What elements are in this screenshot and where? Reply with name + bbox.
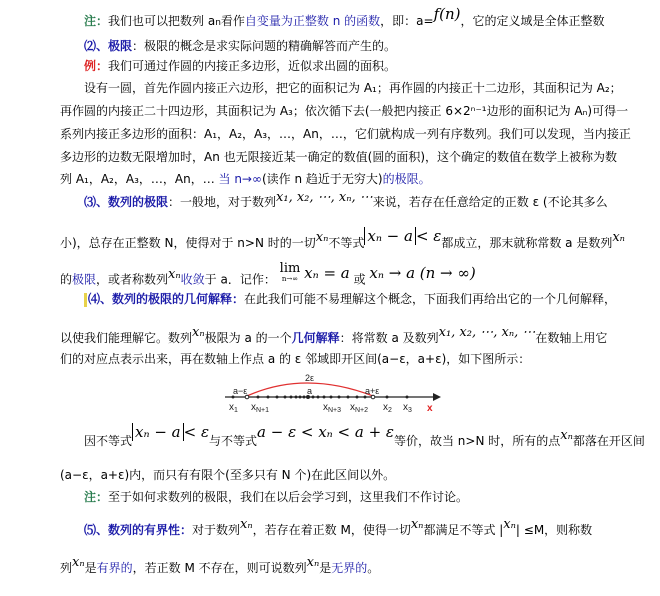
- para1-line2: 再作圆的内接正二十四边形，其面积记为 A₃；依次循下去(一般把内接正 6×2ⁿ⁻…: [60, 103, 628, 119]
- section-text: ，若正数 M 不存在，则可说数列: [133, 561, 307, 575]
- number-line-diagram: 2ε a−ε a a+ε x1 xN+1 xN+3 xN+2 x2 x3 x: [225, 372, 445, 414]
- section2-heading: ⑵、极限：极限的概念是求实际问题的精确解答而产生的。: [84, 38, 396, 54]
- section-text: 都满足不等式 |: [423, 523, 503, 537]
- section-text: ：一般地，对于数列: [168, 195, 276, 209]
- para1-line5: 列 A₁，A₂，A₃，…，An，… 当 n→∞(读作 n 趋近于无穷大)的极限。: [60, 171, 431, 187]
- note-text: ，它的定义域是全体正整数: [461, 14, 605, 28]
- note-text: ，即：a: [380, 14, 423, 28]
- example-line: 例：我们可通过作圆的内接正多边形，近似求出圆的面积。: [84, 58, 396, 74]
- section-text: 是: [85, 561, 97, 575]
- section-text: 在此我们可能不易理解这个概念，下面我们再给出它的一个几何解释，: [244, 292, 616, 306]
- xn-symbol: xₙ: [503, 517, 516, 532]
- or-word: 或: [354, 273, 366, 287]
- section5-line2: 列xₙ是有界的，若正数 M 不存在，则可说数列xₙ是无界的。: [60, 560, 379, 577]
- right-bound-label: a+ε: [365, 386, 379, 396]
- axis-arrow-icon: [433, 393, 441, 401]
- section-number: ⑵、: [84, 39, 108, 53]
- axis-label: x: [427, 403, 433, 414]
- inequality-eps: < ε: [184, 423, 209, 441]
- para1-line3: 系列内接正多边形的面积：A₁，A₂，A₃，…，An，…，它们就构成一列有序数列。…: [60, 126, 631, 142]
- section5-line1: ⑸、数列的有界性：对于数列xₙ，若存在着正数 M，使得一切xₙ都满足不等式 |x…: [84, 522, 592, 539]
- sequence-formula: x₁, x₂, ⋯, xₙ, ⋯: [439, 325, 536, 340]
- section-text: ，若存在着正数 M，使得一切: [253, 523, 411, 537]
- section-number: ⑶、: [84, 195, 108, 209]
- xn-symbol: xₙ: [316, 230, 329, 245]
- inequality-abs: xₙ − a: [132, 423, 184, 441]
- section3-line2: 小)，总存在正整数 N，使得对于 n>N 时的一切xₙ不等式xₙ − a< ε都…: [60, 234, 625, 252]
- converge-term: 收敛: [181, 273, 205, 287]
- note-text: =: [424, 14, 434, 28]
- section3-line1: ⑶、数列的极限：一般地，对于数列x₁, x₂, ⋯, xₙ, ⋯来说，若存在任意…: [84, 194, 608, 211]
- xn-symbol: xₙ: [240, 517, 253, 532]
- geometric-term: 几何解释: [292, 331, 340, 345]
- function-highlight: 自变量为正整数 n 的函数: [245, 14, 380, 28]
- section-text: 极限为 a 的一个: [205, 331, 292, 345]
- section-text: 来说，若存在任意给定的正数 ε (不论其多么: [373, 195, 608, 209]
- svg-text:x3: x3: [403, 402, 412, 414]
- svg-text:x1: x1: [229, 402, 238, 414]
- xn-symbol: xₙ: [612, 230, 625, 245]
- limit-term: 极限: [72, 273, 96, 287]
- section-text: ：极限的概念是求实际问题的精确解答而产生的。: [132, 39, 396, 53]
- para-text: 与不等式: [209, 434, 257, 448]
- arrow-notation: xₙ → a (n → ∞): [369, 264, 475, 282]
- section-text: 。: [367, 561, 379, 575]
- section4-line3: 们的对应点表示出来，再在数轴上作点 a 的 ε 邻域即开区间(a−ε，a+ε)，…: [60, 351, 530, 367]
- center-label: a: [307, 386, 312, 396]
- section-number: ⑷、: [88, 292, 112, 306]
- limit-condition: 当 n→∞: [219, 172, 262, 186]
- para2-line2: (a−ε，a+ε)内，而只有有限个(至多只有 N 个)在此区间以外。: [60, 467, 395, 483]
- section-text: 对于数列: [192, 523, 240, 537]
- section-title: 数列的极限的几何解释：: [112, 292, 244, 306]
- example-text: 我们可通过作圆的内接正多边形，近似求出圆的面积。: [108, 59, 396, 73]
- section-text: 在数轴上用它: [535, 331, 607, 345]
- limit-notation: limn→∞: [280, 264, 301, 284]
- unbounded-term: 无界的: [331, 561, 367, 575]
- svg-text:xN+2: xN+2: [350, 402, 368, 414]
- lim-word: lim: [280, 264, 301, 274]
- note-text: 我们也可以把数列 a: [108, 14, 215, 28]
- section-text: ：将常数 a 及数列: [340, 331, 439, 345]
- section-title: 数列的极限: [108, 195, 168, 209]
- section-text: 都成立，那末就称常数 a 是数列: [441, 236, 612, 250]
- para-text: 都落在开区间: [573, 434, 645, 448]
- sequence-formula: x₁, x₂, ⋯, xₙ, ⋯: [276, 190, 373, 205]
- section-title: 数列的有界性：: [108, 523, 192, 537]
- formula-fn: f(n): [434, 5, 461, 23]
- xn-symbol: xₙ: [411, 517, 424, 532]
- double-inequality: a − ε < xₙ < a + ε: [257, 423, 394, 441]
- para2-line1: 因不等式xₙ − a< ε与不等式a − ε < xₙ < a + ε等价，故当…: [84, 432, 645, 450]
- xn-symbol: xₙ: [72, 555, 85, 570]
- para-text: (读作 n 趋近于无穷大): [262, 172, 383, 186]
- section3-line3: 的极限，或者称数列xₙ收敛于 a．记作： limn→∞ xₙ = a 或 xₙ …: [60, 270, 476, 290]
- limit-equation: xₙ = a: [304, 264, 350, 282]
- section-text: 列: [60, 561, 72, 575]
- inequality-eps: < ε: [416, 227, 441, 245]
- bounded-term: 有界的: [97, 561, 133, 575]
- note2-line: 注：至于如何求数列的极限，我们在以后会学习到，这里我们不作讨论。: [84, 489, 468, 505]
- para1-line4: 多边形的边数无限增加时，An 也无限接近某一确定的数值(圆的面积)，这个确定的数…: [60, 149, 617, 165]
- section-text: 的: [60, 273, 72, 287]
- para-text: 因不等式: [84, 434, 132, 448]
- section-text: 于 a．记作：: [205, 273, 276, 287]
- note-text: 至于如何求数列的极限，我们在以后会学习到，这里我们不作讨论。: [108, 490, 468, 504]
- para1-line1: 设有一圆，首先作圆内接正六边形，把它的面积记为 A₁；再作圆的内接正十二边形，其…: [84, 80, 622, 96]
- xn-symbol: xₙ: [307, 555, 320, 570]
- note-label: 注：: [84, 14, 108, 28]
- section4-line1: ⑷、数列的极限的几何解释：在此我们可能不易理解这个概念，下面我们再给出它的一个几…: [84, 291, 616, 307]
- section-text: 小)，总存在正整数 N，使得对于 n>N 时的一切: [60, 236, 316, 250]
- section-number: ⑸、: [84, 523, 108, 537]
- xn-symbol: xₙ: [168, 267, 181, 282]
- note-text: 看作: [221, 14, 245, 28]
- section-text: | ≤M，则称数: [516, 523, 592, 537]
- svg-text:xN+3: xN+3: [323, 402, 341, 414]
- section-text: ，或者称数列: [96, 273, 168, 287]
- note1-line: 注：我们也可以把数列 an看作自变量为正整数 n 的函数，即：a=f(n)，它的…: [84, 12, 605, 31]
- para-text: 列 A₁，A₂，A₃，…，An，…: [60, 172, 219, 186]
- note-label: 注：: [84, 490, 108, 504]
- limit-link: 的极限。: [383, 172, 431, 186]
- xn-symbol: xₙ: [192, 325, 205, 340]
- section-text: 以使我们能理解它。数列: [60, 331, 192, 345]
- section-text: 不等式: [328, 236, 364, 250]
- left-bound-label: a−ε: [233, 386, 247, 396]
- inequality-abs: xₙ − a: [364, 227, 416, 245]
- svg-text:xN+1: xN+1: [251, 402, 269, 414]
- section-text: 是: [319, 561, 331, 575]
- para-text: 等价，故当 n>N 时，所有的点: [394, 434, 560, 448]
- xn-symbol: xₙ: [560, 428, 573, 443]
- svg-text:x2: x2: [383, 402, 392, 414]
- section-title: 极限: [108, 39, 132, 53]
- text-cursor-marker: [84, 293, 87, 307]
- lim-subscript: n→∞: [280, 274, 301, 284]
- section4-line2: 以使我们能理解它。数列xₙ极限为 a 的一个几何解释：将常数 a 及数列x₁, …: [60, 330, 607, 347]
- arc-label: 2ε: [305, 373, 314, 383]
- example-label: 例：: [84, 59, 108, 73]
